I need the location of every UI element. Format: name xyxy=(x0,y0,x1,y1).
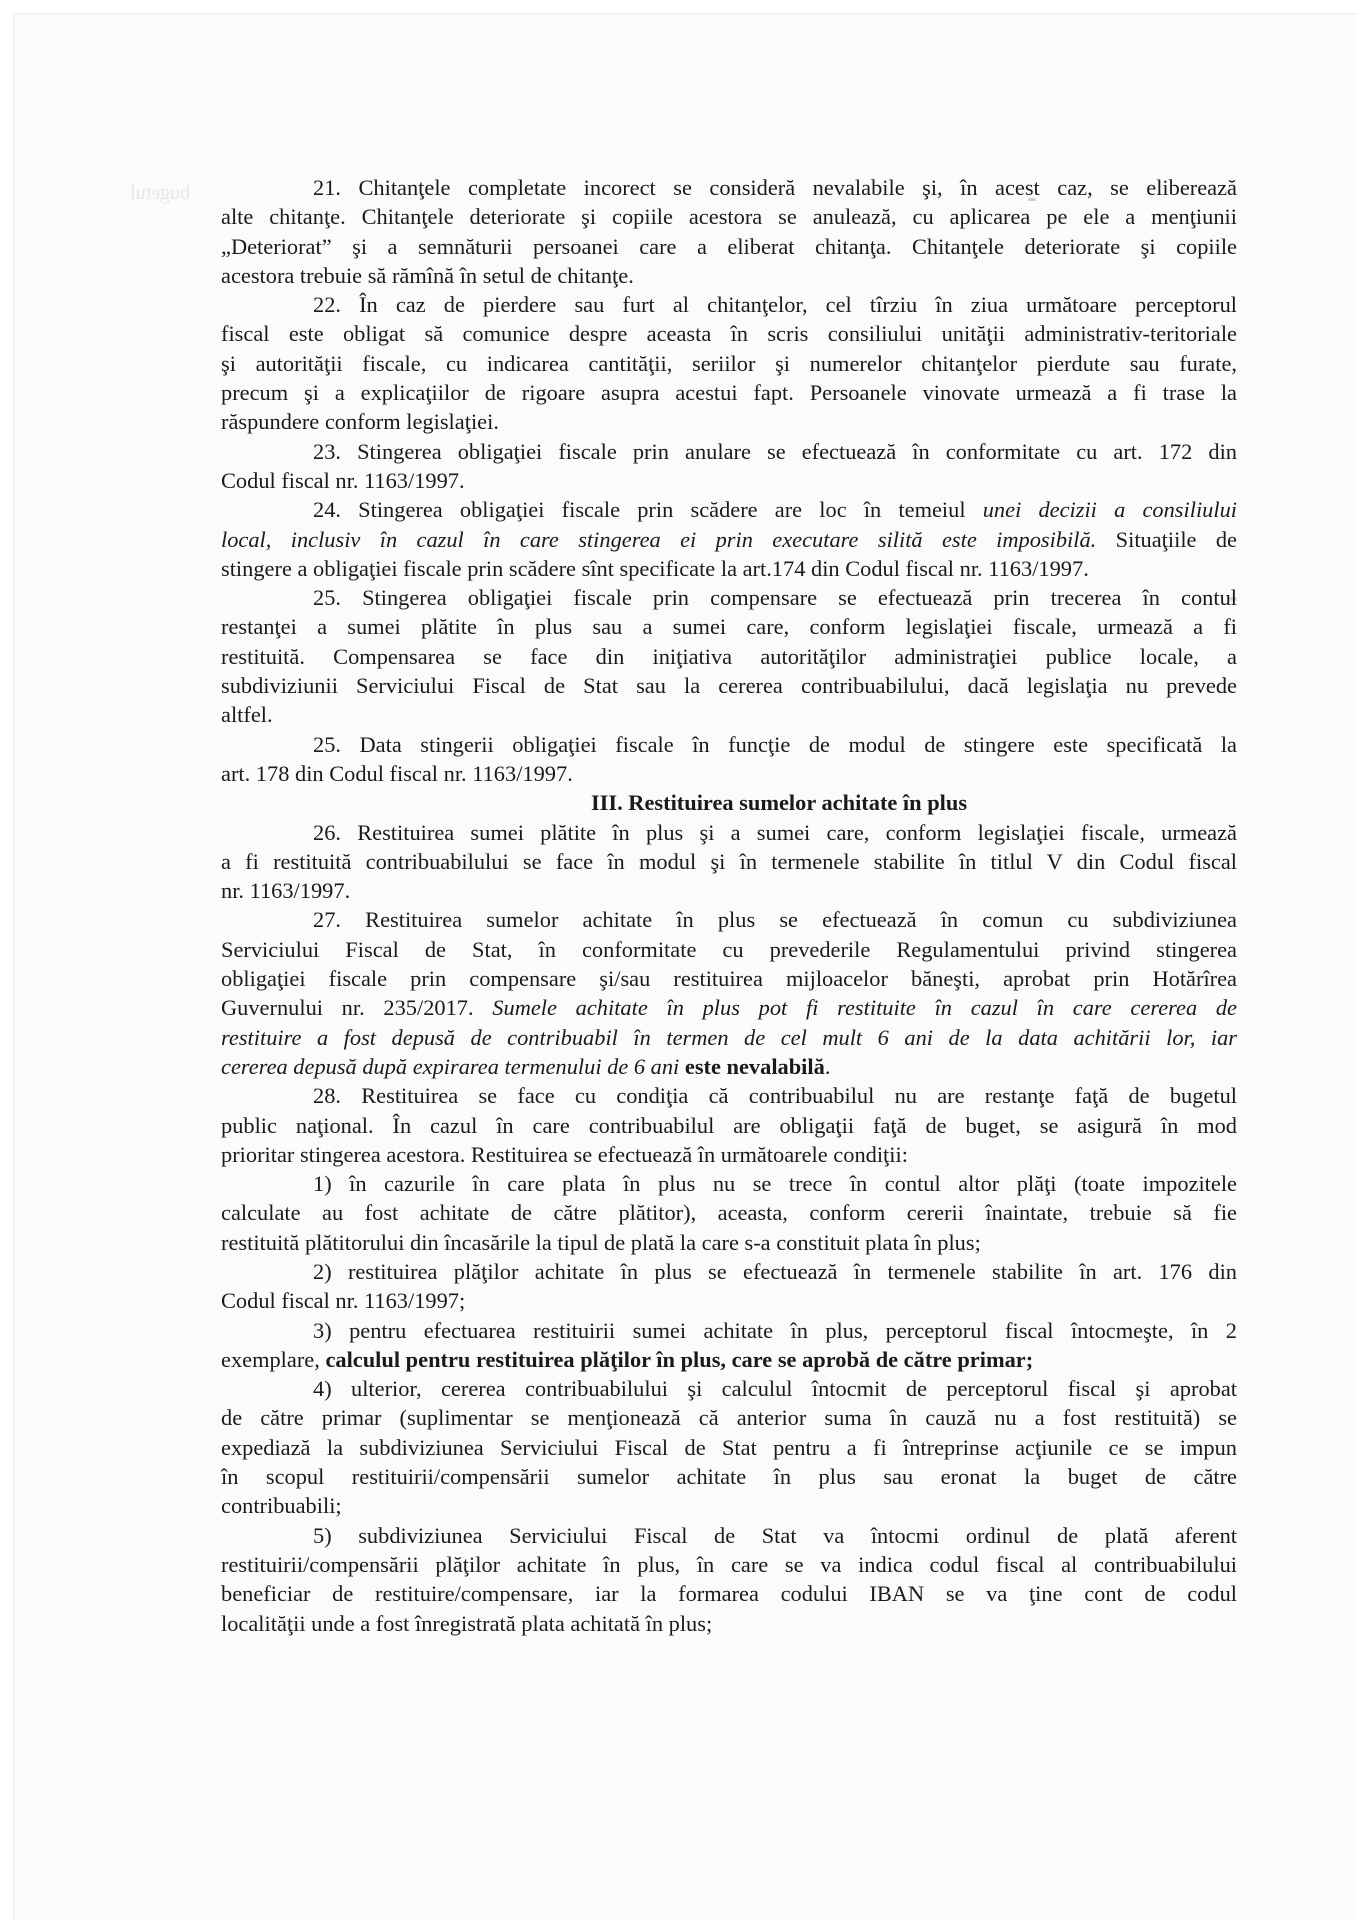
line-content: şi autorităţii fiscale, cu indicarea can… xyxy=(221,351,1237,376)
line-content: 21. Chitanţele completate incorect se co… xyxy=(313,175,1237,200)
paragraph: 25. Data stingerii obligaţiei fiscale în… xyxy=(221,730,1237,789)
text-line: „Deteriorat” şi a semnăturii persoanei c… xyxy=(221,232,1237,261)
text-line: restituită. Compensarea se face din iniţ… xyxy=(221,642,1237,671)
text-run: „Deteriorat” şi a semnăturii persoanei c… xyxy=(221,234,1237,259)
paragraph: 1) în cazurile în care plata în plus nu … xyxy=(221,1169,1237,1257)
text-line: local, inclusiv în cazul în care stinger… xyxy=(221,525,1237,554)
text-line: fiscal este obligat să comunice despre a… xyxy=(221,319,1237,348)
text-run: restituită. Compensarea se face din iniţ… xyxy=(221,644,1237,669)
text-run: restituirii/compensării plăţilor achitat… xyxy=(221,1552,1237,1577)
line-content: fiscal este obligat să comunice despre a… xyxy=(221,321,1237,346)
line-content: stingere a obligaţiei fiscale prin scăde… xyxy=(221,556,1089,581)
line-content: alte chitanţe. Chitanţele deteriorate şi… xyxy=(221,204,1237,229)
bold-run: este nevalabilă xyxy=(685,1054,825,1079)
paragraph: 22. În caz de pierdere sau furt al chita… xyxy=(221,290,1237,436)
text-run: Codul fiscal nr. 1163/1997; xyxy=(221,1288,465,1313)
italic-run: cererea depusă după expirarea termenului… xyxy=(221,1054,679,1079)
paragraph: 23. Stingerea obligaţiei fiscale prin an… xyxy=(221,437,1237,496)
text-line: 5) subdiviziunea Serviciului Fiscal de S… xyxy=(221,1521,1237,1550)
line-content: Guvernului nr. 235/2017. Sumele achitate… xyxy=(221,995,1237,1020)
document-page: 21. Chitanţele completate incorect se co… xyxy=(221,173,1237,1638)
text-run: 4) ulterior, cererea contribuabilului şi… xyxy=(313,1376,1237,1401)
line-content: altfel. xyxy=(221,702,273,727)
text-run: 25. Data stingerii obligaţiei fiscale în… xyxy=(313,732,1237,757)
line-content: III. Restituirea sumelor achitate în plu… xyxy=(591,790,967,815)
text-line: 28. Restituirea se face cu condiţia că c… xyxy=(221,1081,1237,1110)
line-content: 5) subdiviziunea Serviciului Fiscal de S… xyxy=(313,1523,1237,1548)
text-run: precum şi a explicaţiilor de rigoare asu… xyxy=(221,380,1237,405)
text-line: a fi restituită contribuabilului se face… xyxy=(221,847,1237,876)
line-content: 1) în cazurile în care plata în plus nu … xyxy=(313,1171,1237,1196)
line-content: 26. Restituirea sumei plătite în plus şi… xyxy=(313,820,1237,845)
line-content: restituită plătitorului din încasările l… xyxy=(221,1230,981,1255)
text-run: calculate au fost achitate de către plăt… xyxy=(221,1200,1237,1225)
text-run: Guvernului nr. 235/2017. xyxy=(221,995,492,1020)
line-content: nr. 1163/1997. xyxy=(221,878,350,903)
text-run: public naţional. În cazul în care contri… xyxy=(221,1113,1237,1138)
text-run: Situaţiile de xyxy=(1096,527,1237,552)
text-line: Codul fiscal nr. 1163/1997; xyxy=(221,1286,1237,1315)
text-run: obligaţiei fiscale prin compensare şi/sa… xyxy=(221,966,1237,991)
paragraph: 3) pentru efectuarea restituirii sumei a… xyxy=(221,1316,1237,1375)
text-run: restituită plătitorului din încasările l… xyxy=(221,1230,981,1255)
text-line: calculate au fost achitate de către plăt… xyxy=(221,1198,1237,1227)
line-content: exemplare, calculul pentru restituirea p… xyxy=(221,1347,1033,1372)
text-run: prioritar stingerea acestora. Restituire… xyxy=(221,1142,908,1167)
text-run: 24. Stingerea obligaţiei fiscale prin sc… xyxy=(313,497,983,522)
line-content: precum şi a explicaţiilor de rigoare asu… xyxy=(221,380,1237,405)
text-run: 23. Stingerea obligaţiei fiscale prin an… xyxy=(313,439,1237,464)
line-content: calculate au fost achitate de către plăt… xyxy=(221,1200,1237,1225)
text-run: în scopul restituirii/compensării sumelo… xyxy=(221,1464,1237,1489)
text-run: a fi restituită contribuabilului se face… xyxy=(221,849,1237,874)
text-line: 4) ulterior, cererea contribuabilului şi… xyxy=(221,1374,1237,1403)
text-run: altfel. xyxy=(221,702,273,727)
line-content: acestora trebuie să rămînă în setul de c… xyxy=(221,263,634,288)
paragraph: 25. Stingerea obligaţiei fiscale prin co… xyxy=(221,583,1237,729)
paragraph: 21. Chitanţele completate incorect se co… xyxy=(221,173,1237,290)
text-line: restituire a fost depusă de contribuabil… xyxy=(221,1023,1237,1052)
text-run: Serviciului Fiscal de Stat, în conformit… xyxy=(221,937,1237,962)
line-content: „Deteriorat” şi a semnăturii persoanei c… xyxy=(221,234,1237,259)
text-line: prioritar stingerea acestora. Restituire… xyxy=(221,1140,1237,1169)
line-content: de către primar (suplimentar se menţione… xyxy=(221,1405,1237,1430)
text-line: beneficiar de restituire/compensare, iar… xyxy=(221,1579,1237,1608)
line-content: cererea depusă după expirarea termenului… xyxy=(221,1054,830,1079)
line-content: 2) restituirea plăţilor achitate în plus… xyxy=(313,1259,1237,1284)
text-line: 2) restituirea plăţilor achitate în plus… xyxy=(221,1257,1237,1286)
text-run: 5) subdiviziunea Serviciului Fiscal de S… xyxy=(313,1523,1237,1548)
line-content: restituirii/compensării plăţilor achitat… xyxy=(221,1552,1237,1577)
text-run: restanţei a sumei plătite în plus sau a … xyxy=(221,614,1237,639)
text-run: exemplare, xyxy=(221,1347,325,1372)
text-line: restanţei a sumei plătite în plus sau a … xyxy=(221,612,1237,641)
line-content: restituită. Compensarea se face din iniţ… xyxy=(221,644,1237,669)
bold-run: calculul pentru restituirea plăţilor în … xyxy=(325,1347,1033,1372)
text-run: 21. Chitanţele completate incorect se co… xyxy=(313,175,1237,200)
line-content: restanţei a sumei plătite în plus sau a … xyxy=(221,614,1237,639)
text-line: cererea depusă după expirarea termenului… xyxy=(221,1052,1237,1081)
paragraph: 24. Stingerea obligaţiei fiscale prin sc… xyxy=(221,495,1237,583)
paragraph: 2) restituirea plăţilor achitate în plus… xyxy=(221,1257,1237,1316)
italic-run: restituire a fost depusă de contribuabil… xyxy=(221,1025,1237,1050)
italic-run: unei decizii a consiliului xyxy=(983,497,1237,522)
text-line: în scopul restituirii/compensării sumelo… xyxy=(221,1462,1237,1491)
text-run: localităţii unde a fost înregistrată pla… xyxy=(221,1611,712,1636)
text-line: precum şi a explicaţiilor de rigoare asu… xyxy=(221,378,1237,407)
text-line: 25. Stingerea obligaţiei fiscale prin co… xyxy=(221,583,1237,612)
line-content: 27. Restituirea sumelor achitate în plus… xyxy=(313,907,1237,932)
italic-run: Sumele achitate în plus pot fi restituit… xyxy=(492,995,1237,1020)
text-line: de către primar (suplimentar se menţione… xyxy=(221,1403,1237,1432)
paragraph: 26. Restituirea sumei plătite în plus şi… xyxy=(221,818,1237,906)
text-line: şi autorităţii fiscale, cu indicarea can… xyxy=(221,349,1237,378)
line-content: a fi restituită contribuabilului se face… xyxy=(221,849,1237,874)
text-run: 27. Restituirea sumelor achitate în plus… xyxy=(313,907,1237,932)
text-line: expediază la subdiviziunea Serviciului F… xyxy=(221,1433,1237,1462)
text-run: răspundere conform legislaţiei. xyxy=(221,409,499,434)
line-content: 28. Restituirea se face cu condiţia că c… xyxy=(313,1083,1237,1108)
text-line: 27. Restituirea sumelor achitate în plus… xyxy=(221,905,1237,934)
italic-run: local, inclusiv în cazul în care stinger… xyxy=(221,527,1096,552)
text-run: subdiviziunii Serviciului Fiscal de Stat… xyxy=(221,673,1237,698)
text-line: subdiviziunii Serviciului Fiscal de Stat… xyxy=(221,671,1237,700)
line-content: 4) ulterior, cererea contribuabilului şi… xyxy=(313,1376,1237,1401)
text-line: 24. Stingerea obligaţiei fiscale prin sc… xyxy=(221,495,1237,524)
line-content: 25. Stingerea obligaţiei fiscale prin co… xyxy=(313,585,1237,610)
text-line: 22. În caz de pierdere sau furt al chita… xyxy=(221,290,1237,319)
text-line: art. 178 din Codul fiscal nr. 1163/1997. xyxy=(221,759,1237,788)
text-run: 25. Stingerea obligaţiei fiscale prin co… xyxy=(313,585,1237,610)
paragraph: 28. Restituirea se face cu condiţia că c… xyxy=(221,1081,1237,1169)
text-run: acestora trebuie să rămînă în setul de c… xyxy=(221,263,634,288)
line-content: beneficiar de restituire/compensare, iar… xyxy=(221,1581,1237,1606)
text-line: stingere a obligaţiei fiscale prin scăde… xyxy=(221,554,1237,583)
text-line: Serviciului Fiscal de Stat, în conformit… xyxy=(221,935,1237,964)
text-line: restituirii/compensării plăţilor achitat… xyxy=(221,1550,1237,1579)
line-content: Codul fiscal nr. 1163/1997. xyxy=(221,468,465,493)
text-line: 25. Data stingerii obligaţiei fiscale în… xyxy=(221,730,1237,759)
text-run: de către primar (suplimentar se menţione… xyxy=(221,1405,1237,1430)
text-line: obligaţiei fiscale prin compensare şi/sa… xyxy=(221,964,1237,993)
section-heading: III. Restituirea sumelor achitate în plu… xyxy=(221,788,1237,817)
paragraph: 5) subdiviziunea Serviciului Fiscal de S… xyxy=(221,1521,1237,1638)
text-run: . xyxy=(825,1054,831,1079)
text-run: 28. Restituirea se face cu condiţia că c… xyxy=(313,1083,1237,1108)
text-run: nr. 1163/1997. xyxy=(221,878,350,903)
text-line: nr. 1163/1997. xyxy=(221,876,1237,905)
line-content: art. 178 din Codul fiscal nr. 1163/1997. xyxy=(221,761,573,786)
line-content: 25. Data stingerii obligaţiei fiscale în… xyxy=(313,732,1237,757)
text-run: Codul fiscal nr. 1163/1997. xyxy=(221,468,465,493)
text-run: 2) restituirea plăţilor achitate în plus… xyxy=(313,1259,1237,1284)
text-run: alte chitanţe. Chitanţele deteriorate şi… xyxy=(221,204,1237,229)
text-line: răspundere conform legislaţiei. xyxy=(221,407,1237,436)
line-content: obligaţiei fiscale prin compensare şi/sa… xyxy=(221,966,1237,991)
text-line: 23. Stingerea obligaţiei fiscale prin an… xyxy=(221,437,1237,466)
text-line: public naţional. În cazul în care contri… xyxy=(221,1111,1237,1140)
line-content: prioritar stingerea acestora. Restituire… xyxy=(221,1142,908,1167)
text-run: beneficiar de restituire/compensare, iar… xyxy=(221,1581,1237,1606)
heading-text: III. Restituirea sumelor achitate în plu… xyxy=(221,788,1237,817)
text-line: exemplare, calculul pentru restituirea p… xyxy=(221,1345,1237,1374)
text-line: contribuabili; xyxy=(221,1491,1237,1520)
text-line: 3) pentru efectuarea restituirii sumei a… xyxy=(221,1316,1237,1345)
line-content: Codul fiscal nr. 1163/1997; xyxy=(221,1288,465,1313)
text-line: alte chitanţe. Chitanţele deteriorate şi… xyxy=(221,202,1237,231)
text-run: art. 178 din Codul fiscal nr. 1163/1997. xyxy=(221,761,573,786)
text-line: localităţii unde a fost înregistrată pla… xyxy=(221,1609,1237,1638)
text-run: şi autorităţii fiscale, cu indicarea can… xyxy=(221,351,1237,376)
text-line: 1) în cazurile în care plata în plus nu … xyxy=(221,1169,1237,1198)
text-line: acestora trebuie să rămînă în setul de c… xyxy=(221,261,1237,290)
line-content: local, inclusiv în cazul în care stinger… xyxy=(221,527,1237,552)
line-content: restituire a fost depusă de contribuabil… xyxy=(221,1025,1237,1050)
text-run: contribuabili; xyxy=(221,1493,342,1518)
line-content: răspundere conform legislaţiei. xyxy=(221,409,499,434)
paragraph: 4) ulterior, cererea contribuabilului şi… xyxy=(221,1374,1237,1520)
text-line: 26. Restituirea sumei plătite în plus şi… xyxy=(221,818,1237,847)
line-content: localităţii unde a fost înregistrată pla… xyxy=(221,1611,712,1636)
line-content: 23. Stingerea obligaţiei fiscale prin an… xyxy=(313,439,1237,464)
line-content: contribuabili; xyxy=(221,1493,342,1518)
text-run: 26. Restituirea sumei plătite în plus şi… xyxy=(313,820,1237,845)
text-run: 3) pentru efectuarea restituirii sumei a… xyxy=(313,1318,1237,1343)
line-content: subdiviziunii Serviciului Fiscal de Stat… xyxy=(221,673,1237,698)
line-content: Serviciului Fiscal de Stat, în conformit… xyxy=(221,937,1237,962)
text-run: III. Restituirea sumelor achitate în plu… xyxy=(591,790,967,815)
line-content: public naţional. În cazul în care contri… xyxy=(221,1113,1237,1138)
text-run: expediază la subdiviziunea Serviciului F… xyxy=(221,1435,1237,1460)
text-line: Codul fiscal nr. 1163/1997. xyxy=(221,466,1237,495)
text-line: altfel. xyxy=(221,700,1237,729)
text-run: 22. În caz de pierdere sau furt al chita… xyxy=(313,292,1237,317)
paragraph: 27. Restituirea sumelor achitate în plus… xyxy=(221,905,1237,1081)
line-content: 3) pentru efectuarea restituirii sumei a… xyxy=(313,1318,1237,1343)
line-content: în scopul restituirii/compensării sumelo… xyxy=(221,1464,1237,1489)
text-run: fiscal este obligat să comunice despre a… xyxy=(221,321,1237,346)
text-run: 1) în cazurile în care plata în plus nu … xyxy=(313,1171,1237,1196)
text-line: Guvernului nr. 235/2017. Sumele achitate… xyxy=(221,993,1237,1022)
text-run: stingere a obligaţiei fiscale prin scăde… xyxy=(221,556,1089,581)
line-content: expediază la subdiviziunea Serviciului F… xyxy=(221,1435,1237,1460)
line-content: 22. În caz de pierdere sau furt al chita… xyxy=(313,292,1237,317)
text-line: restituită plătitorului din încasările l… xyxy=(221,1228,1237,1257)
text-line: 21. Chitanţele completate incorect se co… xyxy=(221,173,1237,202)
line-content: 24. Stingerea obligaţiei fiscale prin sc… xyxy=(313,497,1237,522)
